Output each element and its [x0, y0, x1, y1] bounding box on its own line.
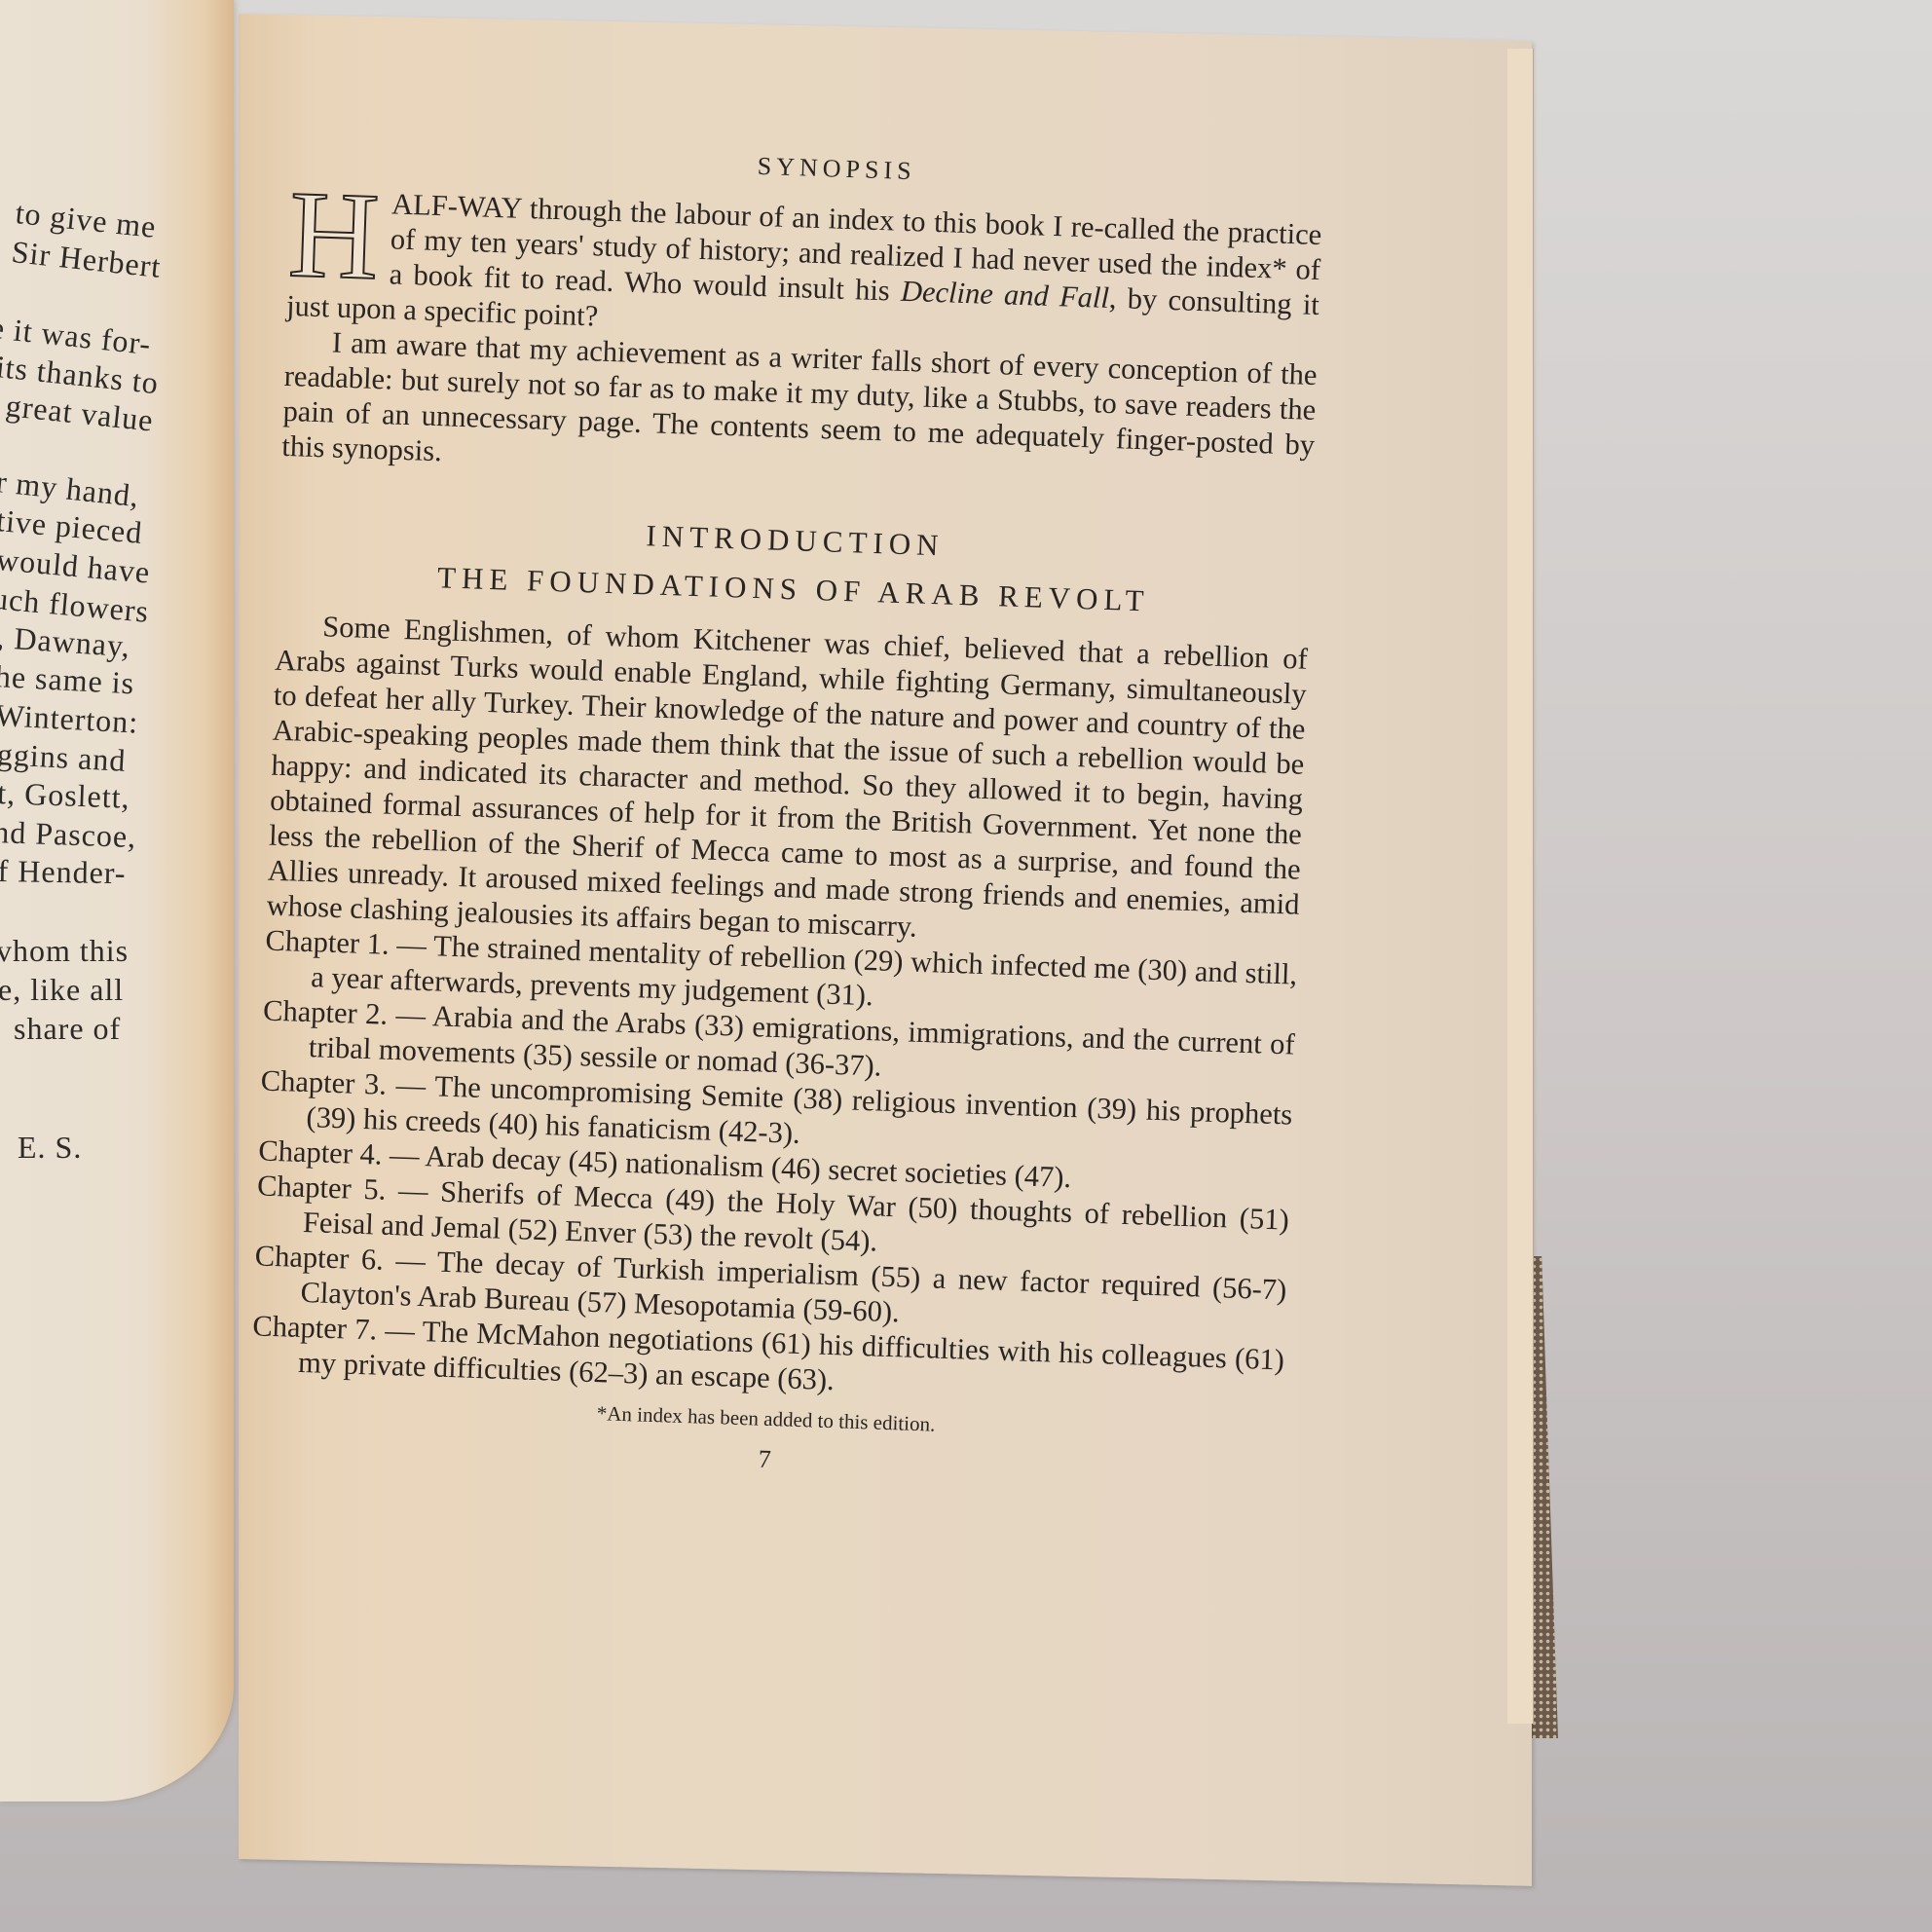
- left-page-text-line: f Hender-: [0, 853, 127, 891]
- section-paragraph: Some Englishmen, of whom Kitchener was c…: [266, 608, 1308, 957]
- left-page-text-line: share of: [14, 1011, 121, 1047]
- left-page-text-line: ggins and: [0, 736, 127, 779]
- left-page-text-line: he same is: [0, 658, 135, 701]
- page-stack-edge: [1507, 49, 1534, 1724]
- chapter-label: Chapter 2.: [263, 994, 389, 1031]
- left-page-text-line: vhom this: [0, 933, 129, 969]
- chapter-label: Chapter 3.: [260, 1063, 387, 1100]
- left-page: to give meSir Herberte it was for-its th…: [0, 0, 234, 1802]
- chapter-label: Chapter 5.: [257, 1169, 387, 1206]
- chapter-label: Chapter 4.: [258, 1133, 383, 1170]
- left-page-text-line: e, like all: [0, 972, 124, 1008]
- chapter-list: Chapter 1. — The strained mentality of r…: [251, 923, 1298, 1413]
- left-page-text-line: E. S.: [18, 1130, 82, 1166]
- left-page-text-line: nd Pascoe,: [0, 814, 137, 855]
- chapter-label: Chapter 1.: [265, 924, 390, 961]
- book-title-italic: Decline and Fall: [900, 275, 1109, 315]
- drop-cap: H: [287, 187, 381, 283]
- chapter-label: Chapter 7.: [252, 1309, 378, 1346]
- left-page-text-line: Winterton:: [0, 697, 139, 741]
- right-page-content: SYNOPSIS H ALF-WAY through the labour of…: [248, 136, 1323, 1491]
- left-page-text-line: t, Goslett,: [0, 775, 130, 816]
- synopsis-intro: H ALF-WAY through the labour of an index…: [281, 183, 1322, 498]
- chapter-label: Chapter 6.: [254, 1239, 384, 1276]
